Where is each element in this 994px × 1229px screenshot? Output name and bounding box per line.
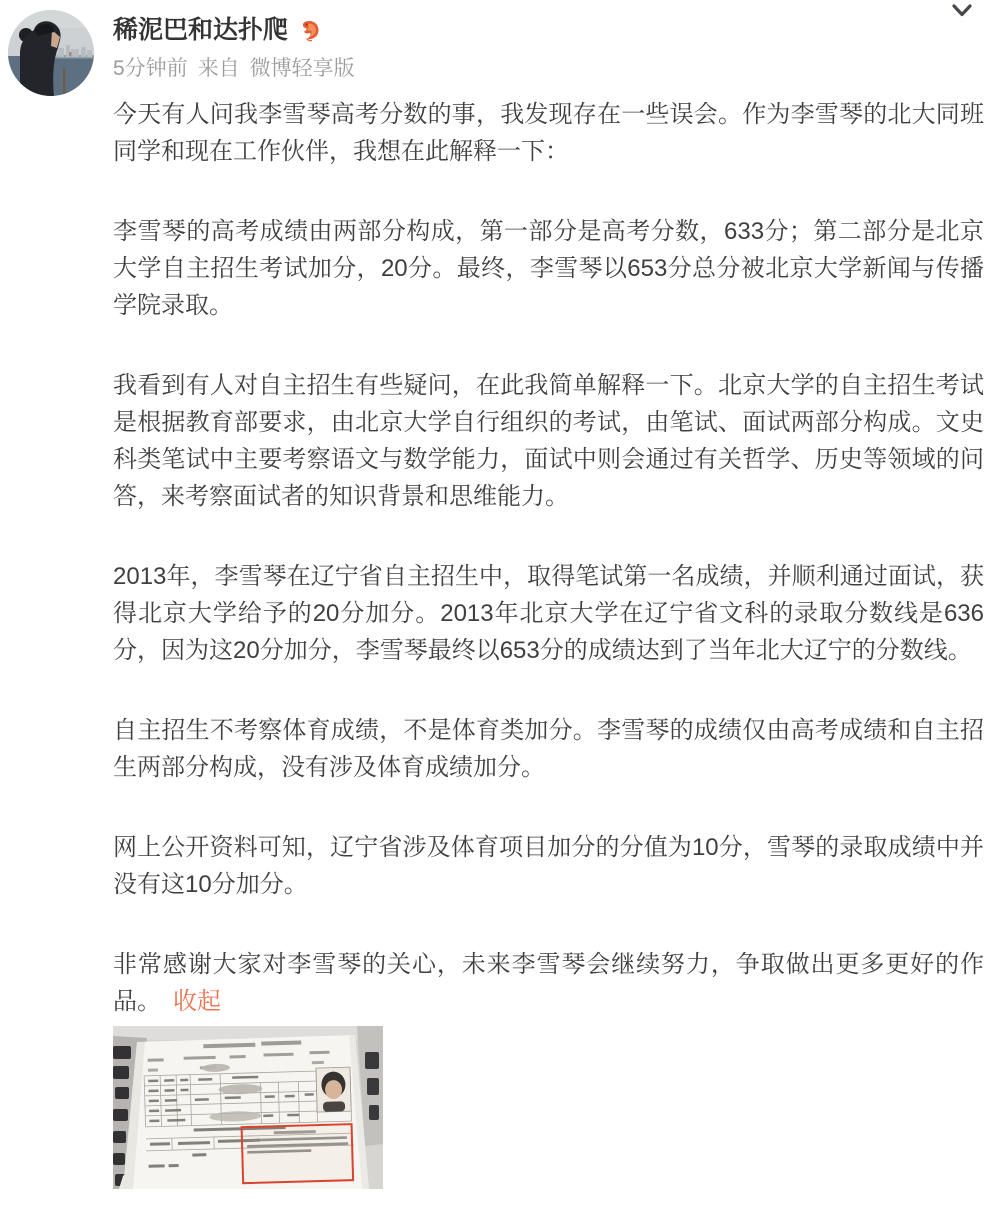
username[interactable]: 稀泥巴和达扑爬 <box>113 15 288 45</box>
post-header: 稀泥巴和达扑爬 5分钟前来自微博轻享版 <box>113 0 994 81</box>
paragraph: 非常感谢大家对李雪琴的关心，未来李雪琴会继续努力，争取做出更多更好的作品。收起 <box>113 946 984 1020</box>
collapse-link[interactable]: 收起 <box>173 988 221 1015</box>
shrimp-emoji-icon <box>298 18 323 43</box>
attachment-image[interactable] <box>113 1026 383 1189</box>
post-meta: 5分钟前来自微博轻享版 <box>113 57 994 81</box>
post-body: 今天有人问我李雪琴高考分数的事，我发现存在一些误会。作为李雪琴的北大同班同学和现… <box>113 96 984 1020</box>
avatar-photo <box>8 10 94 96</box>
paragraph: 自主招生不考察体育成绩，不是体育类加分。李雪琴的成绩仅由高考成绩和自主招生两部分… <box>113 712 984 786</box>
avatar[interactable] <box>8 10 94 96</box>
source-app[interactable]: 微博轻享版 <box>250 57 355 80</box>
weibo-post: 稀泥巴和达扑爬 5分钟前来自微博轻享版 今天有人问我李雪琴高考分数的事，我发现存… <box>0 0 994 1189</box>
chevron-down-icon[interactable] <box>952 3 972 19</box>
paragraph: 今天有人问我李雪琴高考分数的事，我发现存在一些误会。作为李雪琴的北大同班同学和现… <box>113 96 984 170</box>
paragraph: 网上公开资料可知，辽宁省涉及体育项目加分的分值为10分，雪琴的录取成绩中并没有这… <box>113 829 984 903</box>
admission-form-photo <box>113 1026 383 1189</box>
paragraph-text: 非常感谢大家对李雪琴的关心，未来李雪琴会继续努力，争取做出更多更好的作品。 <box>113 951 984 1015</box>
timestamp[interactable]: 5分钟前 <box>113 57 188 80</box>
paragraph: 李雪琴的高考成绩由两部分构成，第一部分是高考分数，633分；第二部分是北京大学自… <box>113 213 984 324</box>
paragraph: 我看到有人对自主招生有些疑问，在此我简单解释一下。北京大学的自主招生考试是根据教… <box>113 367 984 515</box>
source-prefix: 来自 <box>198 57 240 80</box>
paragraph: 2013年，李雪琴在辽宁省自主招生中，取得笔试第一名成绩，并顺利通过面试，获得北… <box>113 558 984 669</box>
